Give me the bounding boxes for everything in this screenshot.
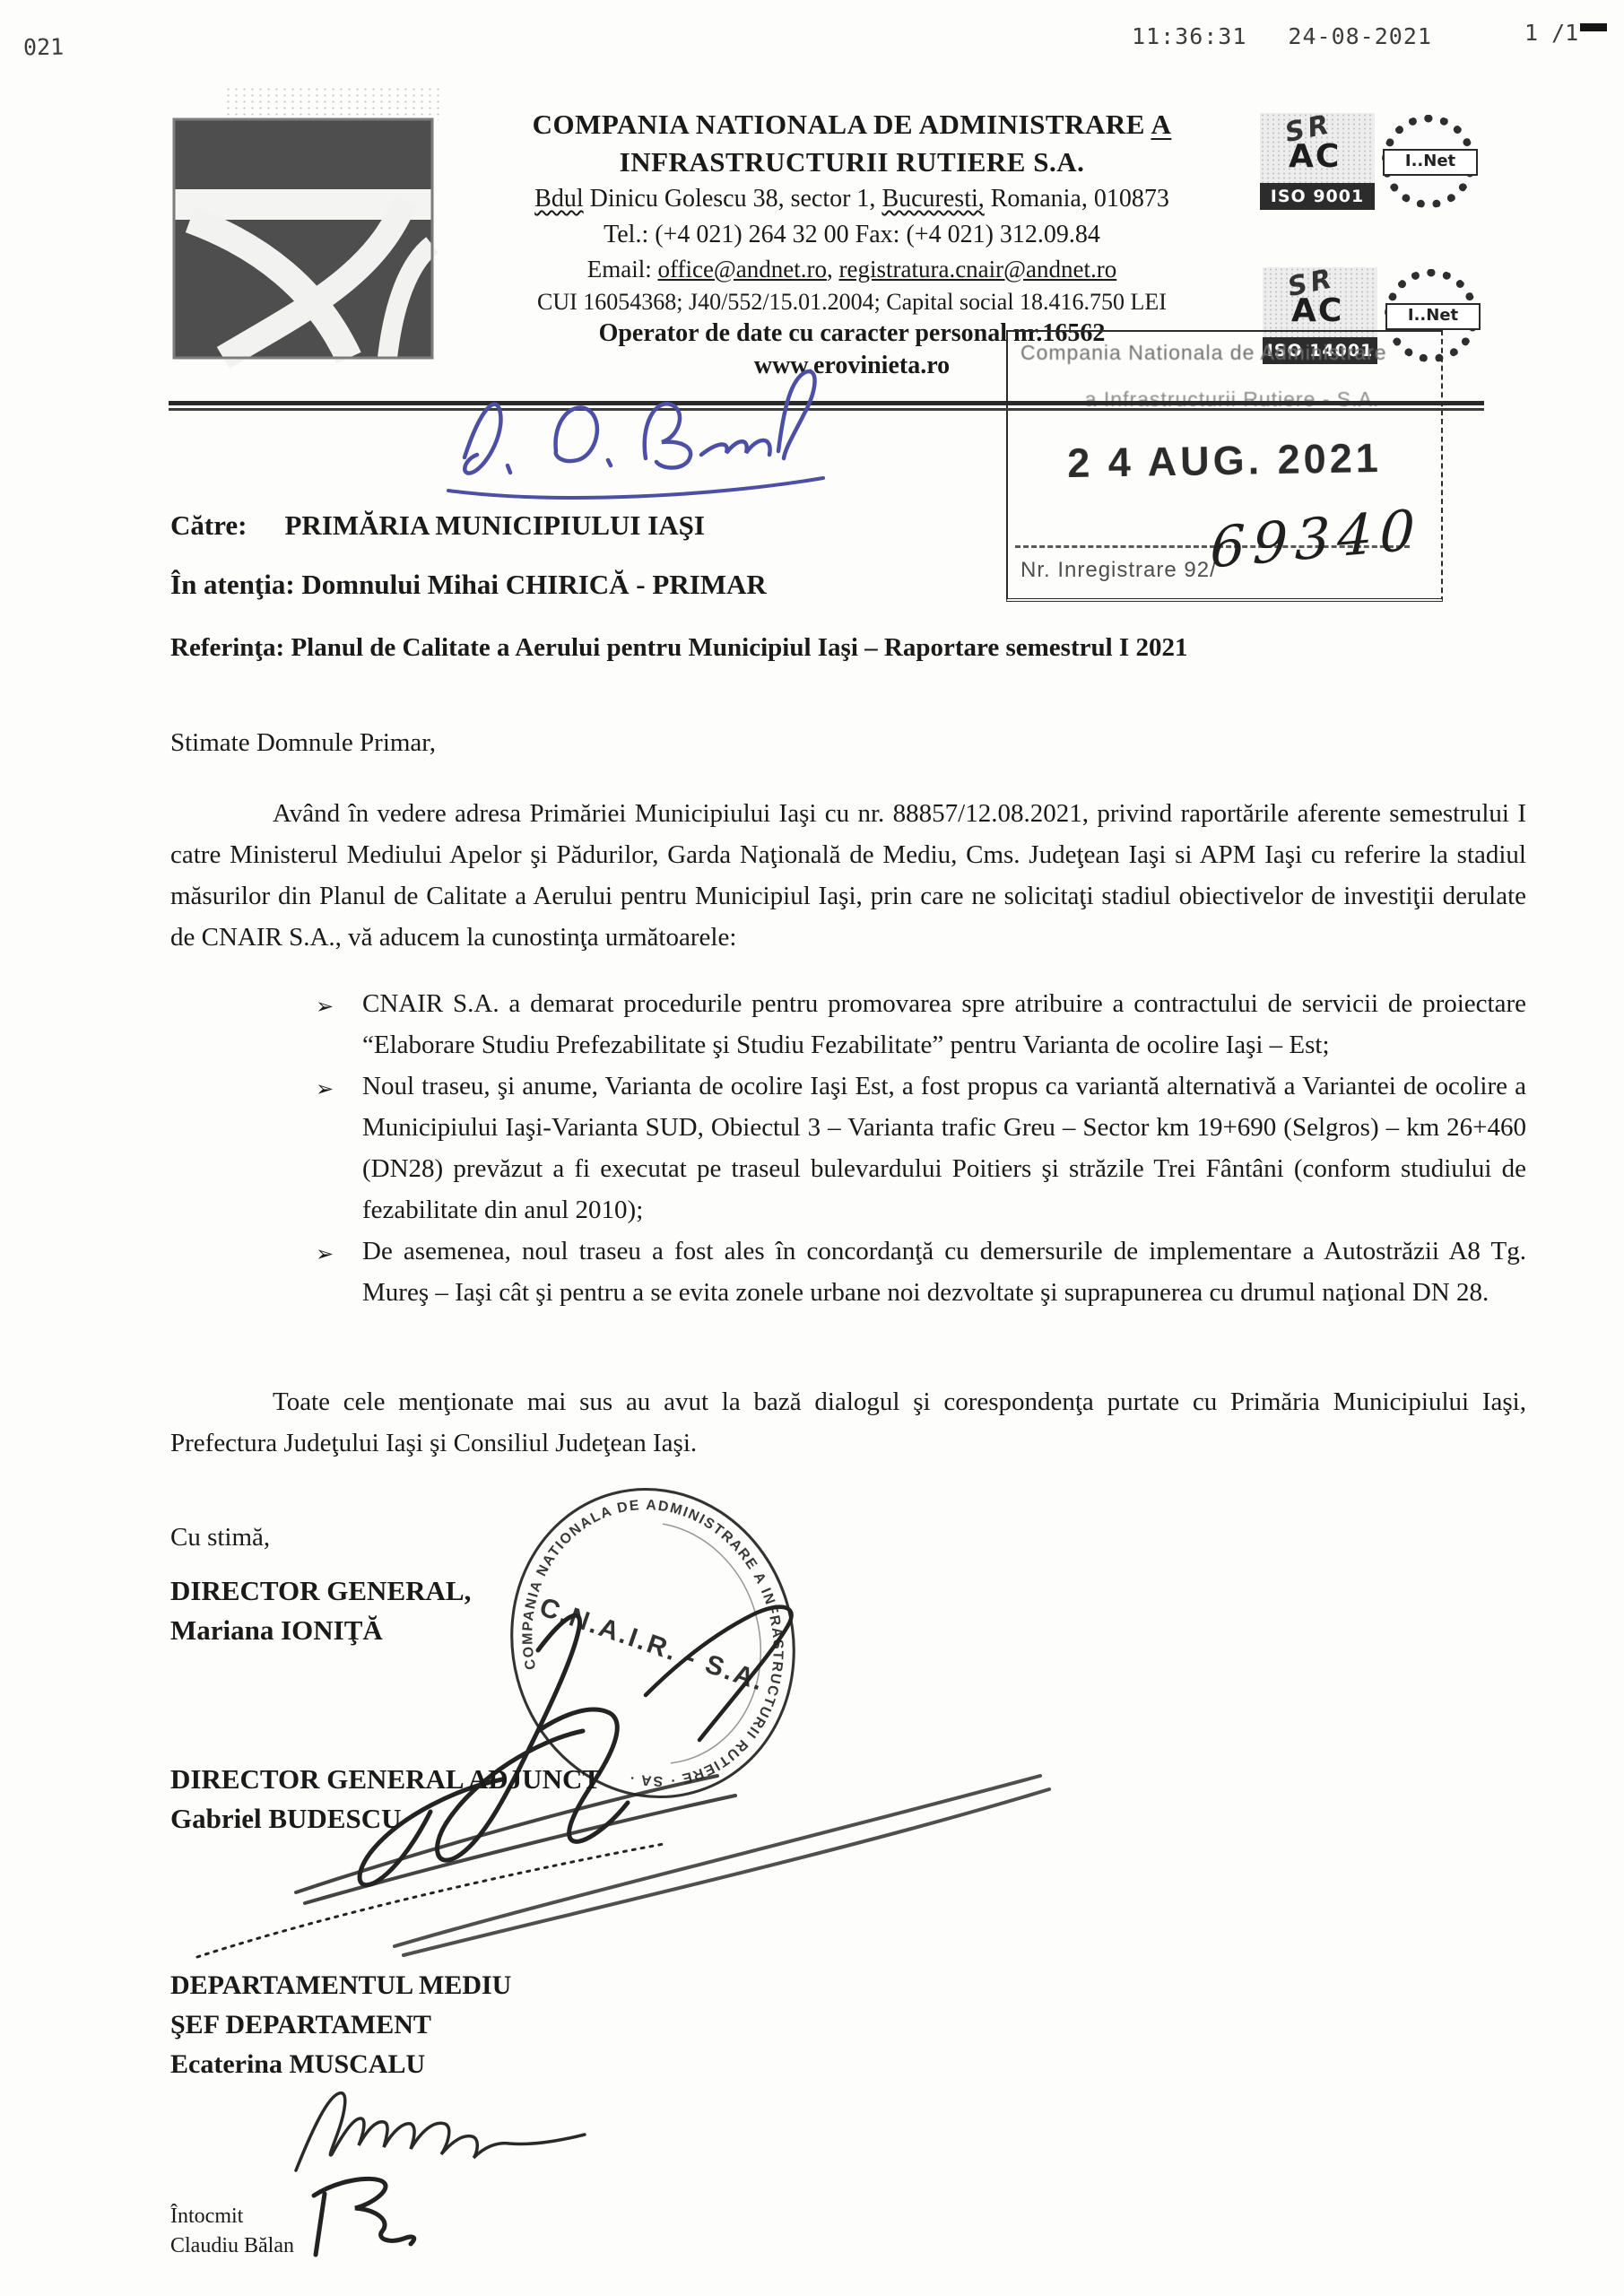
attention-line: În atenţia: Domnului Mihai CHIRICĂ - PRI… (170, 569, 767, 601)
to-label: Către: (170, 509, 248, 541)
blue-handwritten-signature (421, 354, 852, 525)
list-item: ➢ CNAIR S.A. a demarat procedurile pentr… (316, 983, 1526, 1065)
fax-page-number: 1 /1 (1524, 20, 1607, 46)
department-block: DEPARTAMENTUL MEDIU ŞEF DEPARTAMENT Ecat… (170, 1966, 511, 2084)
recipient-block: Către:PRIMĂRIA MUNICIPIULUI IAŞI În aten… (170, 509, 767, 628)
bullet-arrow-icon: ➢ (316, 1231, 362, 1313)
prepared-by-signature (296, 2169, 439, 2267)
iso9001-label: ISO 9001 (1260, 183, 1375, 210)
email-link-office[interactable]: office@andnet.ro (657, 256, 827, 283)
fax-page-bar (1580, 23, 1607, 31)
list-item: ➢ Noul traseu, şi anume, Varianta de oco… (316, 1065, 1526, 1231)
iqnet-label: I..Net (1385, 303, 1481, 330)
paragraph-2: Toate cele menţionate mai sus au avut la… (170, 1381, 1526, 1464)
prepared-by-label: Întocmit (170, 2202, 294, 2231)
recipient-line: Către:PRIMĂRIA MUNICIPIULUI IAŞI (170, 509, 767, 542)
paragraph-1: Având în vedere adresa Primăriei Municip… (170, 793, 1526, 958)
iso9001-badge-group: SR AC ISO 9001 I..Net (1260, 113, 1475, 210)
email-link-registratura[interactable]: registratura.cnair@andnet.ro (839, 256, 1117, 283)
prepared-by-block: Întocmit Claudiu Bălan (170, 2202, 294, 2261)
fax-time: 11:36:31 (1132, 23, 1246, 49)
company-registration: CUI 16054368; J40/552/15.01.2004; Capita… (421, 286, 1282, 317)
bullet-arrow-icon: ➢ (316, 1065, 362, 1231)
department-head-title: ŞEF DEPARTAMENT (170, 2005, 511, 2045)
scan-noise (224, 86, 439, 120)
company-address: Bdul Dinicu Golescu 38, sector 1, Bucure… (421, 181, 1282, 217)
department-head-signature (269, 2072, 610, 2179)
iqnet-badge: I..Net (1382, 115, 1475, 208)
director-adjunct-block: DIRECTOR GENERAL ADJUNCT Gabriel BUDESCU (170, 1760, 601, 1839)
company-phone: Tel.: (+4 021) 264 32 00 Fax: (+4 021) 3… (421, 217, 1282, 252)
closing-salutation: Cu stimă, (170, 1523, 270, 1552)
list-item: ➢ De asemenea, noul traseu a fost ales î… (316, 1231, 1526, 1313)
company-email: Email: office@andnet.ro, registratura.cn… (421, 252, 1282, 286)
cnair-logo (174, 119, 432, 358)
ac-mark: AC (1291, 292, 1343, 329)
ac-mark: AC (1289, 138, 1341, 175)
director-adjunct-name: Gabriel BUDESCU (170, 1799, 601, 1839)
director-adjunct-title: DIRECTOR GENERAL ADJUNCT (170, 1760, 601, 1799)
company-name-line1: COMPANIA NATIONALA DE ADMINISTRARE A (421, 106, 1282, 143)
fax-date: 24-08-2021 (1288, 23, 1432, 49)
registration-number-label: Nr. Inregistrare 92/ (1020, 558, 1217, 583)
srac-iso9001-badge: SR AC ISO 9001 (1260, 113, 1375, 210)
fax-station-id: 021 (23, 34, 65, 61)
department-name: DEPARTAMENTUL MEDIU (170, 1966, 511, 2005)
registration-stamp-box: Compania Nationala de Administrare a Inf… (1006, 330, 1443, 602)
stampbox-company-line1: Compania Nationala de Administrare (1020, 341, 1429, 365)
iqnet-label: I..Net (1383, 149, 1478, 176)
prepared-by-name: Claudiu Bălan (170, 2231, 294, 2261)
registration-number-handwritten: 69340 (1210, 496, 1423, 580)
bullet-arrow-icon: ➢ (316, 983, 362, 1065)
company-name-line2: INFRASTRUCTURII RUTIERE S.A. (421, 143, 1282, 181)
reference-line: Referinţa: Planul de Calitate a Aerului … (170, 633, 1187, 663)
salutation: Stimate Domnule Primar, (170, 728, 436, 758)
bullet-list: ➢ CNAIR S.A. a demarat procedurile pentr… (316, 983, 1526, 1313)
fax-timestamp: 11:36:3124-08-2021 (1132, 23, 1473, 49)
to-value: PRIMĂRIA MUNICIPIULUI IAŞI (285, 509, 705, 541)
letter-page: 021 11:36:3124-08-2021 1 /1 COMPANIA NAT… (0, 0, 1624, 2296)
received-date-stamp: 2 4 AUG. 2021 (1008, 434, 1442, 488)
